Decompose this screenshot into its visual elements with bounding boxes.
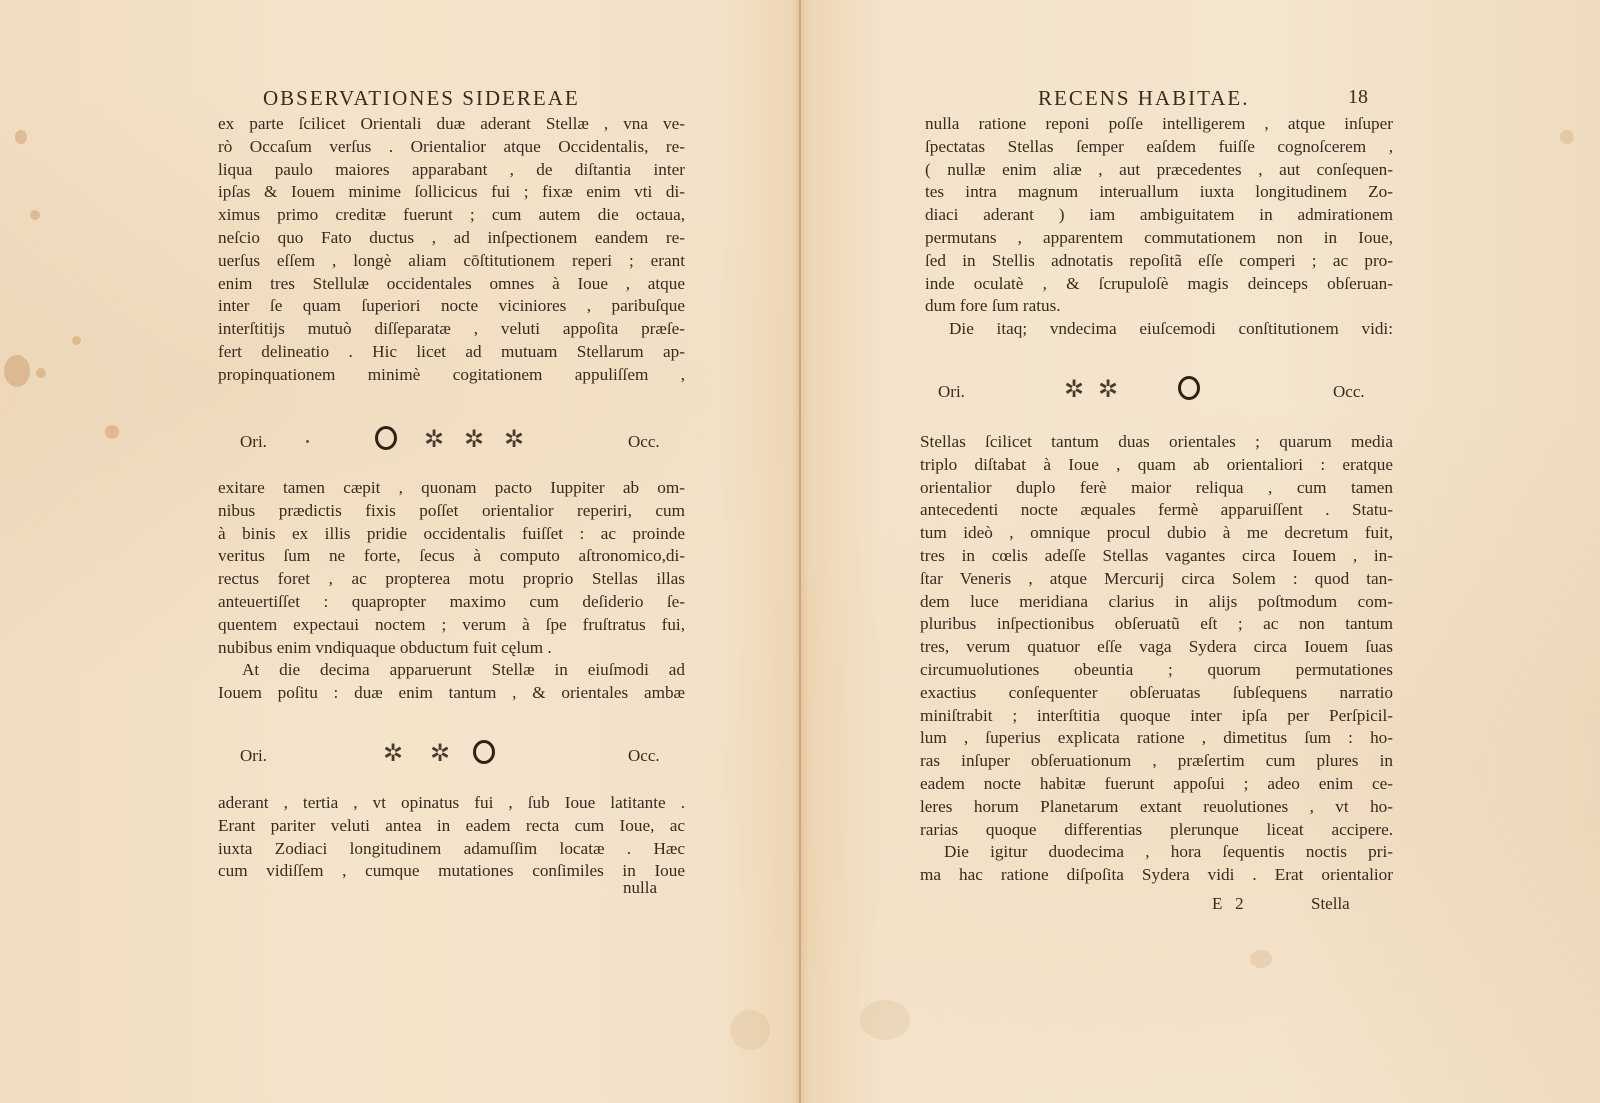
moon-star-icon: ✲ [424, 428, 444, 452]
text-line: ( nullæ enim aliæ , aut præcedentes , au… [925, 159, 1393, 182]
moon-star-icon: ✲ [1098, 378, 1118, 402]
text-line: ximus primo creditæ fuerunt ; cum autem … [218, 204, 685, 227]
text-line: tes intra magnum interuallum iuxta longi… [925, 181, 1393, 204]
west-label: Occ. [628, 746, 660, 766]
text-line: dem luce meridiana clarius in alijs poſt… [920, 591, 1393, 614]
signature-mark: E 2 [1212, 894, 1244, 914]
east-label: Ori. [240, 746, 267, 766]
text-line: tres in cœlis adeſſe Stellas vagantes ci… [920, 545, 1393, 568]
text-line: ſpectatas Stellas ſemper eaſdem fuiſſe c… [925, 136, 1393, 159]
text-line: iuxta Zodiaci longitudinem adamuſſim loc… [218, 838, 685, 861]
left-text-block-2: exitare tamen cæpit , quonam pacto Iuppi… [218, 477, 685, 705]
right-text-block-2: Stellas ſcilicet tantum duas orientales … [920, 431, 1393, 887]
left-page: OBSERVATIONES SIDEREAE ex parte ſcilicet… [0, 0, 800, 1103]
right-page: RECENS HABITAE. 18 nulla ratione reponi … [800, 0, 1600, 1103]
left-text-block-3: aderant , tertia , vt opinatus fui , ſub… [218, 792, 685, 883]
text-line: circumuolutiones obeuntia ; quorum permu… [920, 659, 1393, 682]
jupiter-diagram-2: Ori. ✲ ✲ Occ. [240, 740, 680, 776]
text-line: neſcio quo Fato ductus , ad inſpectionem… [218, 227, 685, 250]
jupiter-circle-icon [473, 740, 495, 764]
text-line: aderant , tertia , vt opinatus fui , ſub… [218, 792, 685, 815]
text-line: tum ideò , omnique procul dubio à me dec… [920, 522, 1393, 545]
text-line: propinquationem minimè cogitationem appu… [218, 364, 685, 387]
catchword-left: nulla [623, 878, 657, 898]
text-line: ex parte ſcilicet Orientali duæ aderant … [218, 113, 685, 136]
text-line: leres horum Planetarum extant reuolution… [920, 796, 1393, 819]
page-number: 18 [1348, 86, 1368, 109]
text-line: ſed in Stellis adnotatis repoſitã eſſe c… [925, 250, 1393, 273]
text-line: miniſtrabit ; interſtitia quoque inter i… [920, 705, 1393, 728]
text-line: triplo diſtabat à Ioue , quam ab orienta… [920, 454, 1393, 477]
text-line: anteuertiſſet : quapropter maximo cum de… [218, 591, 685, 614]
text-line: exactius conſequenter obſeruatas ſubſequ… [920, 682, 1393, 705]
moon-star-icon: ✲ [504, 428, 524, 452]
text-line: ma hac ratione diſpoſita Sydera vidi . E… [920, 864, 1393, 887]
text-line: inde oculatè , & ſcrupuloſè magis deince… [925, 273, 1393, 296]
text-line: Erant pariter veluti antea in eadem rect… [218, 815, 685, 838]
text-line: Stellas ſcilicet tantum duas orientales … [920, 431, 1393, 454]
left-text-block-1: ex parte ſcilicet Orientali duæ aderant … [218, 113, 685, 387]
text-line: Iouem poſitu : duæ enim tantum , & orien… [218, 682, 685, 705]
east-label: Ori. [938, 382, 965, 402]
text-line: pluribus inſpectionibus obſeruatũ eſt ; … [920, 613, 1393, 636]
text-line: Die igitur duodecima , hora ſequentis no… [920, 841, 1393, 864]
text-line: rectus foret , ac propterea motu proprio… [218, 568, 685, 591]
text-line: dum fore ſum ratus. [925, 295, 1393, 318]
faint-dot [306, 440, 309, 443]
text-line: orientalior duplo ferè maior reliqua , c… [920, 477, 1393, 500]
text-line: cum vidiſſem , cumque mutationes conſimi… [218, 860, 685, 883]
text-line: nulla ratione reponi poſſe intelligerem … [925, 113, 1393, 136]
text-line: inter ſe quam ſuperiori nocte viciniores… [218, 295, 685, 318]
text-line: ipſas & Iouem minime ſollicicus fui ; fi… [218, 181, 685, 204]
running-head-right: RECENS HABITAE. [1038, 86, 1249, 111]
jupiter-diagram-1: Ori. ✲ ✲ ✲ Occ. [240, 426, 680, 462]
text-line: liqua paulo maiores apparabant , de diſt… [218, 159, 685, 182]
text-line: exitare tamen cæpit , quonam pacto Iuppi… [218, 477, 685, 500]
text-line: lum , ſuperius explicata ratione , dimet… [920, 727, 1393, 750]
text-line: à binis ex illis pridie occidentalis fui… [218, 523, 685, 546]
book-spread: OBSERVATIONES SIDEREAE ex parte ſcilicet… [0, 0, 1600, 1103]
right-text-block-1: nulla ratione reponi poſſe intelligerem … [925, 113, 1393, 341]
jupiter-circle-icon [1178, 376, 1200, 400]
text-line: quentem expectaui noctem ; verum à ſpe f… [218, 614, 685, 637]
text-line: tres, verum quatuor eſſe vaga Sydera cir… [920, 636, 1393, 659]
text-line: antecedenti nocte æquales fermè apparuiſ… [920, 499, 1393, 522]
text-line: uerſus eſſem , longè aliam cōſtitutionem… [218, 250, 685, 273]
text-line: nibus prædictis fixis poſſet orientalior… [218, 500, 685, 523]
running-head-left: OBSERVATIONES SIDEREAE [263, 86, 580, 111]
text-line: permutans , apparentem commutationem non… [925, 227, 1393, 250]
text-line: ſtar Veneris , atque Mercurij circa Sole… [920, 568, 1393, 591]
text-line: ras inſuper obſeruationum , præſertim cu… [920, 750, 1393, 773]
text-line: fert delineatio . Hic licet ad mutuam St… [218, 341, 685, 364]
text-line: eadem nocte habitæ fuerunt appoſui ; ade… [920, 773, 1393, 796]
text-line: diaci aderant ) iam ambiguitatem in admi… [925, 204, 1393, 227]
jupiter-diagram-3: Ori. ✲ ✲ Occ. [938, 376, 1378, 412]
text-line: Die itaq; vndecima eiuſcemodi conſtituti… [925, 318, 1393, 341]
text-line: rarias quoque differentias plerunque lic… [920, 819, 1393, 842]
moon-star-icon: ✲ [464, 428, 484, 452]
jupiter-circle-icon [375, 426, 397, 450]
text-line: enim tres Stellulæ occidentales omnes à … [218, 273, 685, 296]
east-label: Ori. [240, 432, 267, 452]
text-line: rò Occaſum verſus . Orientalior atque Oc… [218, 136, 685, 159]
west-label: Occ. [628, 432, 660, 452]
moon-star-icon: ✲ [383, 742, 403, 766]
moon-star-icon: ✲ [1064, 378, 1084, 402]
west-label: Occ. [1333, 382, 1365, 402]
text-line: nubibus enim vndiquaque obductum fuit cę… [218, 637, 685, 660]
text-line: interſtitijs mutuò diſſeparatæ , veluti … [218, 318, 685, 341]
moon-star-icon: ✲ [430, 742, 450, 766]
text-line: At die decima apparuerunt Stellæ in eiuſ… [218, 659, 685, 682]
text-line: veritus ſum ne forte, ſecus à computo aſ… [218, 545, 685, 568]
catchword-right: Stella [1311, 894, 1350, 914]
